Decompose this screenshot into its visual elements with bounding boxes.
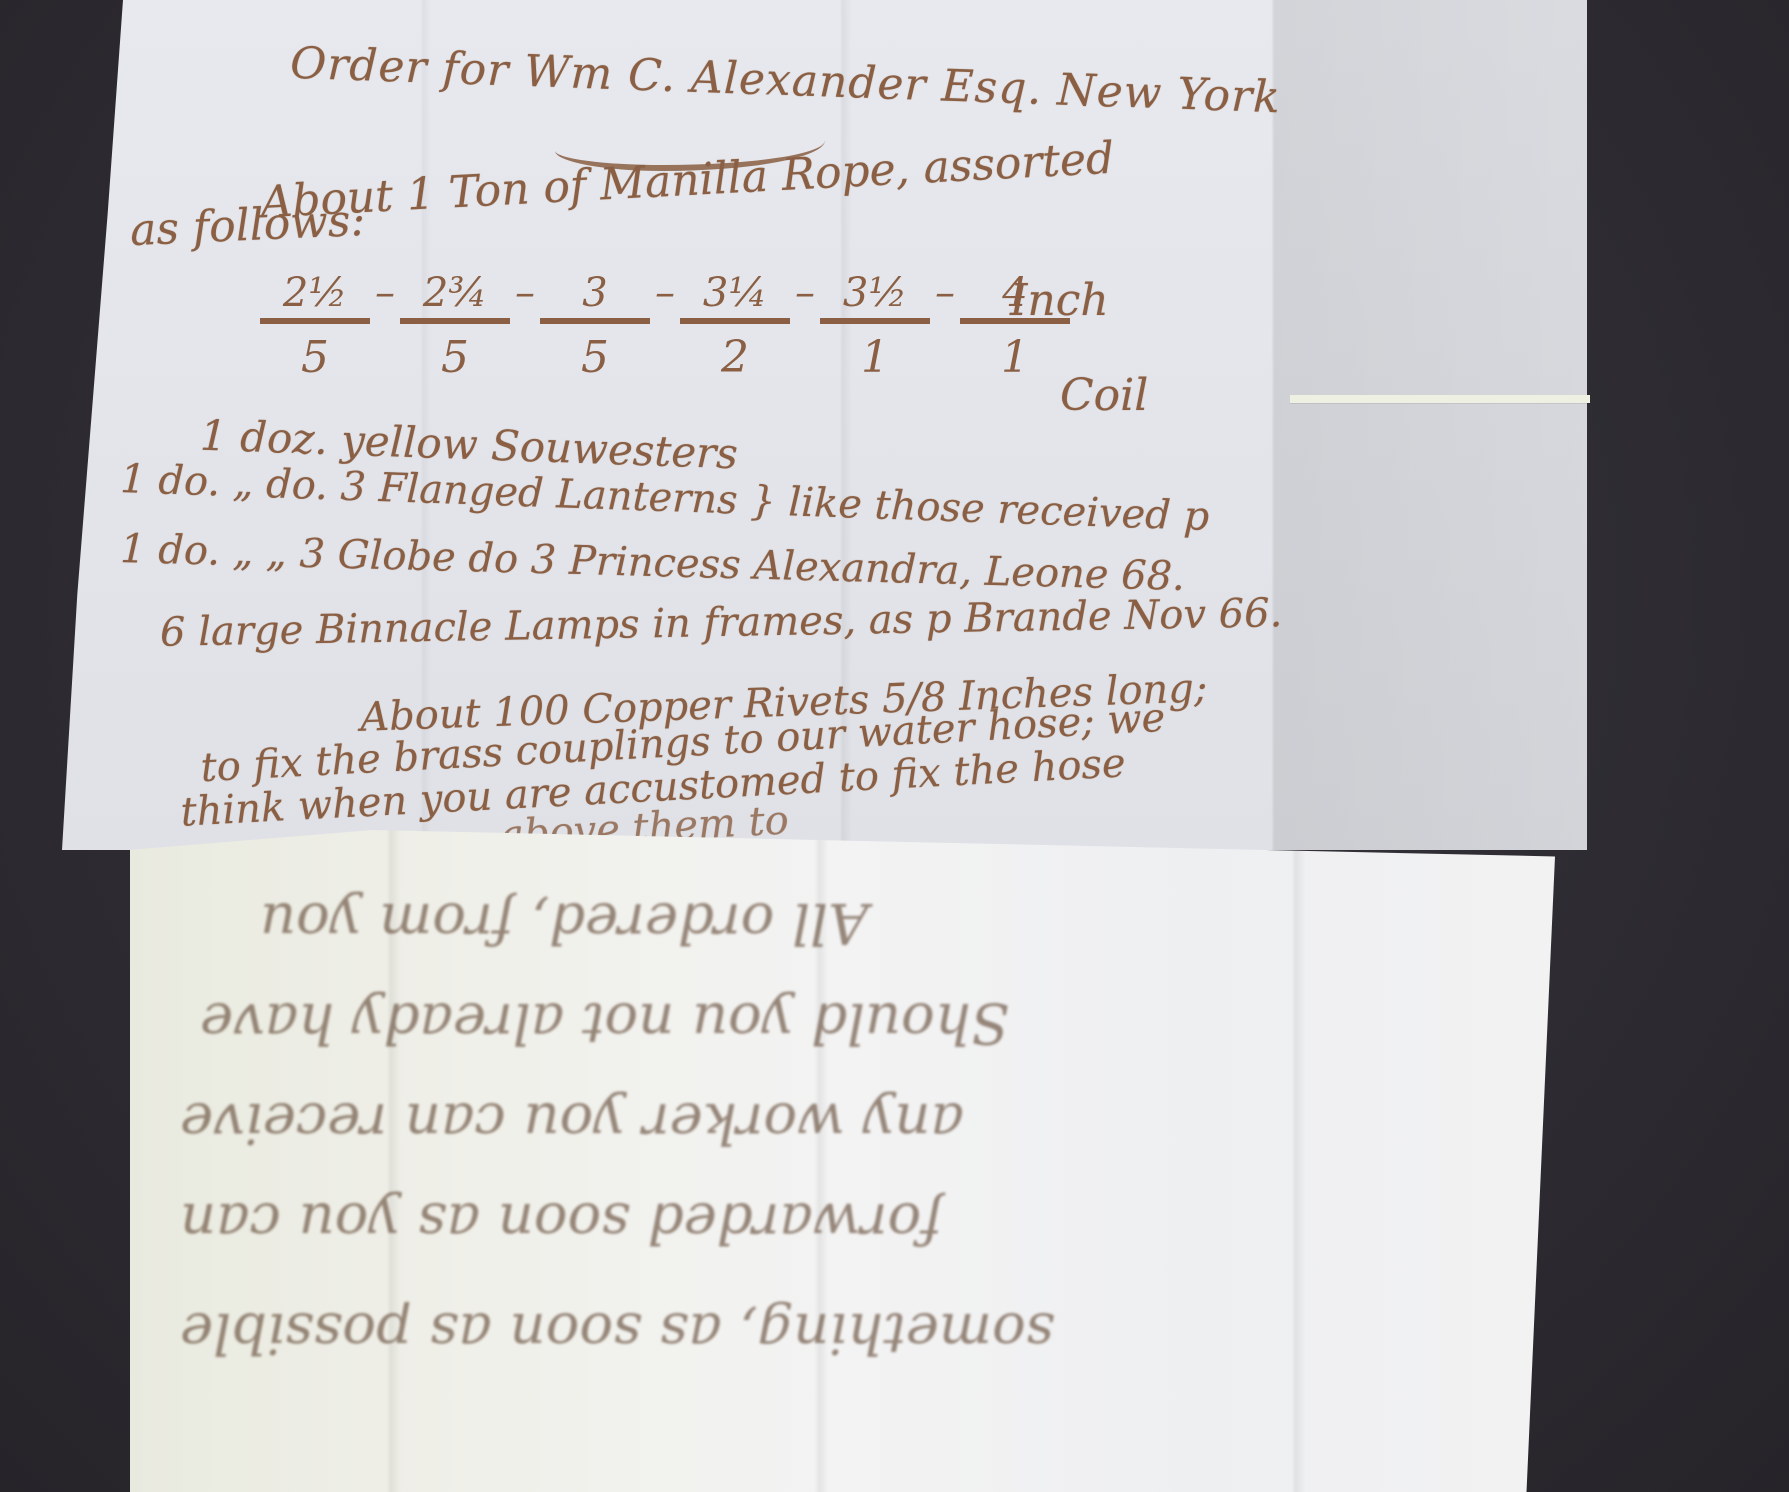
rope-size: 2½: [260, 270, 370, 324]
dash-separator: –: [370, 270, 400, 383]
reverse-bleed-text: any worker you can receive: [180, 1090, 964, 1155]
rope-coils: 5: [260, 332, 370, 383]
rope-size-entry: 3¼ 2: [680, 270, 790, 383]
qty-unit-label: Coil: [1060, 370, 1148, 421]
reverse-bleed-text: Should you not already have: [200, 990, 1009, 1055]
dash-separator: –: [510, 270, 540, 383]
reverse-bleed-text: forwarded soon as you can: [180, 1190, 942, 1255]
dash-separator: –: [930, 270, 960, 383]
rope-size-entry: 3½ 1: [820, 270, 930, 383]
rope-size: 3¼: [680, 270, 790, 324]
rope-size: 3½: [820, 270, 930, 324]
rope-size-table: 2½ 5 – 2¾ 5 – 3 5 – 3¼ 2 – 3½ 1 – 4 1: [260, 270, 1070, 383]
rope-size: 2¾: [400, 270, 510, 324]
rope-coils: 2: [680, 332, 790, 383]
rope-size-entry: 3 5: [540, 270, 650, 383]
size-unit-label: Inch: [1010, 275, 1109, 326]
rope-size: 3: [540, 270, 650, 324]
rope-coils: 5: [400, 332, 510, 383]
letter-line: as follows:: [129, 195, 366, 256]
rope-size-entry: 2½ 5: [260, 270, 370, 383]
reverse-bleed-text: something, as soon as possible: [180, 1300, 1054, 1365]
rope-coils: 1: [820, 332, 930, 383]
paper-crease: [1290, 395, 1590, 403]
rope-size-entry: 2¾ 5: [400, 270, 510, 383]
rope-coils: 1: [960, 332, 1070, 383]
dash-separator: –: [650, 270, 680, 383]
dash-separator: –: [790, 270, 820, 383]
rope-coils: 5: [540, 332, 650, 383]
reverse-bleed-text: All ordered, from you: [260, 890, 868, 955]
